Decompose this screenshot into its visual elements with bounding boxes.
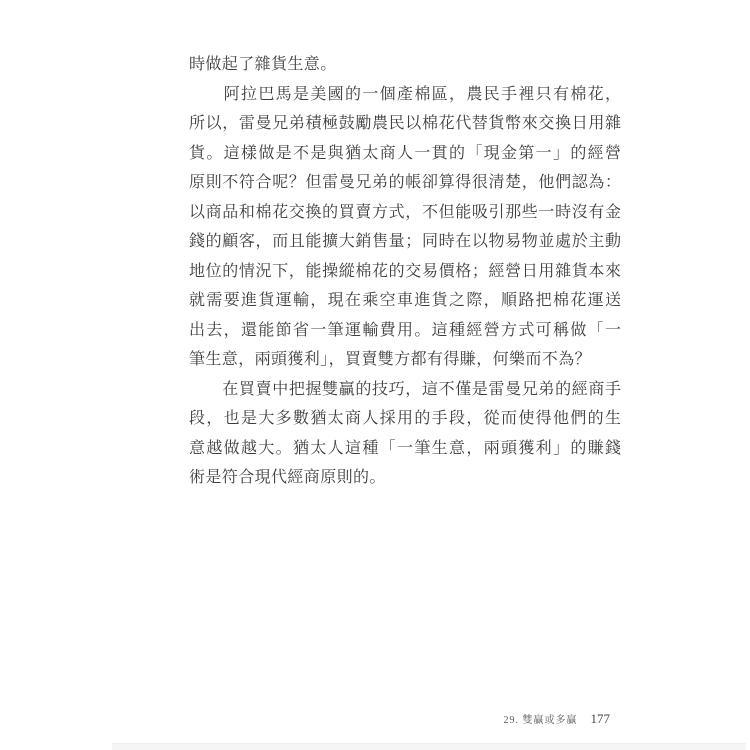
body-text-line: 貨。這樣做是不是與猶太商人一貫的「現金第一」的經營: [189, 139, 621, 169]
running-chapter-title: 29. 雙贏或多贏: [504, 711, 578, 726]
body-text-line: 時做起了雜貨生意。: [189, 50, 621, 80]
body-text-line: 意越做越大。猶太人這種「一筆生意，兩頭獲利」的賺錢: [189, 434, 621, 464]
body-text-line: 錢的顧客，而且能擴大銷售量；同時在以物易物並處於主動: [189, 227, 621, 257]
body-text-line: 就需要進貨運輸，現在乘空車進貨之際，順路把棉花運送: [189, 286, 621, 316]
book-page: 時做起了雜貨生意。 阿拉巴馬是美國的一個產棉區，農民手裡只有棉花， 所以，雷曼兄…: [0, 0, 750, 750]
page-footer: 29. 雙贏或多贏 177: [504, 711, 611, 727]
next-page-edge: [112, 743, 746, 750]
body-text-line: 地位的情況下，能操縱棉花的交易價格；經營日用雜貨本來: [189, 257, 621, 287]
page-number: 177: [591, 711, 611, 727]
body-text-line: 筆生意，兩頭獲利」，買賣雙方都有得賺，何樂而不為？: [189, 345, 621, 375]
body-text-line: 在買賣中把握雙贏的技巧，這不僅是雷曼兄弟的經商手: [189, 375, 621, 405]
body-text-line: 所以，雷曼兄弟積極鼓勵農民以棉花代替貨幣來交換日用雜: [189, 109, 621, 139]
body-text-line: 以商品和棉花交換的買賣方式，不但能吸引那些一時沒有金: [189, 198, 621, 228]
body-text-line: 阿拉巴馬是美國的一個產棉區，農民手裡只有棉花，: [189, 80, 621, 110]
body-text-line: 段，也是大多數猶太商人採用的手段，從而使得他們的生: [189, 404, 621, 434]
body-text-line: 出去，還能節省一筆運輸費用。這種經營方式可稱做「一: [189, 316, 621, 346]
body-text-line: 原則不符合呢？但雷曼兄弟的帳卻算得很清楚，他們認為：: [189, 168, 621, 198]
page-body: 時做起了雜貨生意。 阿拉巴馬是美國的一個產棉區，農民手裡只有棉花， 所以，雷曼兄…: [189, 50, 621, 493]
body-text-line: 術是符合現代經商原則的。: [189, 463, 621, 493]
